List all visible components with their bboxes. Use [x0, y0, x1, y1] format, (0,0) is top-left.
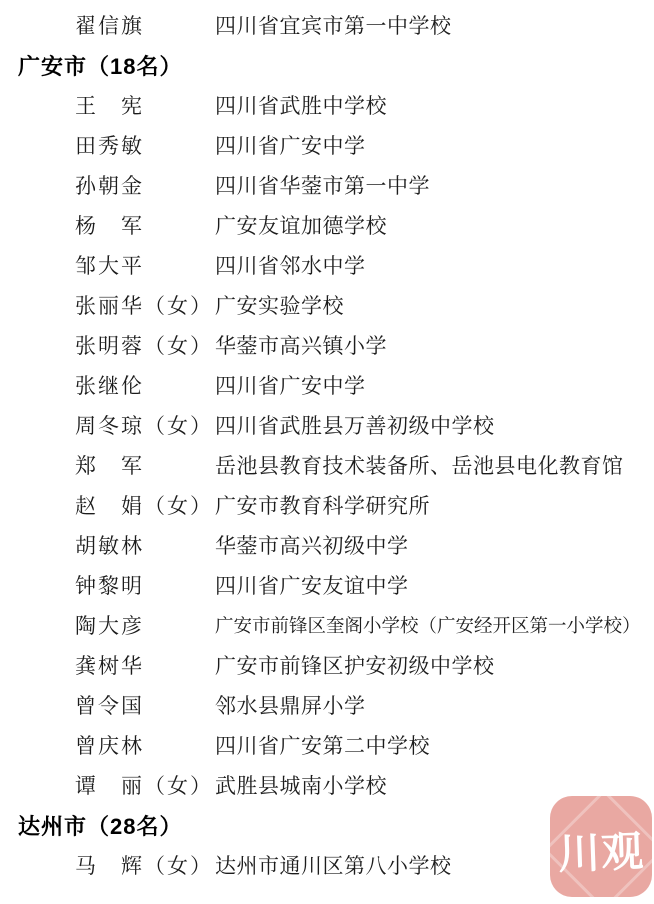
person-name: 谭 丽（女）: [75, 770, 215, 800]
school-name: 邻水县鼎屏小学: [215, 690, 366, 720]
person-name: 孙朝金: [75, 170, 215, 200]
table-row: 王 宪 四川省武胜中学校: [0, 85, 654, 125]
person-name: 曾令国: [75, 690, 215, 720]
school-name: 四川省广安第二中学校: [215, 730, 430, 760]
school-name: 四川省广安中学: [215, 370, 366, 400]
table-row: 张继伦 四川省广安中学: [0, 365, 654, 405]
table-row: 杨 军 广安友谊加德学校: [0, 205, 654, 245]
table-row: 孙朝金 四川省华蓥市第一中学: [0, 165, 654, 205]
school-name: 华蓥市高兴镇小学: [215, 330, 387, 360]
school-name: 广安友谊加德学校: [215, 210, 387, 240]
table-row: 胡敏林 华蓥市高兴初级中学: [0, 525, 654, 565]
section-header: 达州市（28名）: [18, 810, 182, 841]
logo-text: 川观: [557, 830, 644, 875]
school-name: 四川省华蓥市第一中学: [215, 170, 430, 200]
person-name: 张继伦: [75, 370, 215, 400]
table-row: 郑 军 岳池县教育技术装备所、岳池县电化教育馆: [0, 445, 654, 485]
section-header-row: 广安市（18名）: [0, 45, 654, 85]
person-name: 田秀敏: [75, 130, 215, 160]
section-header: 广安市（18名）: [18, 50, 182, 81]
school-name: 四川省宜宾市第一中学校: [215, 10, 452, 40]
person-name: 杨 军: [75, 210, 215, 240]
school-name: 华蓥市高兴初级中学: [215, 530, 409, 560]
table-row: 邹大平 四川省邻水中学: [0, 245, 654, 285]
table-row: 张明蓉（女） 华蓥市高兴镇小学: [0, 325, 654, 365]
school-name: 广安市前锋区奎阁小学校（广安经开区第一小学校）: [215, 612, 641, 638]
table-row: 翟信旗 四川省宜宾市第一中学校: [0, 5, 654, 45]
person-name: 张丽华（女）: [75, 290, 215, 320]
person-name: 翟信旗: [75, 10, 215, 40]
table-row: 赵 娟（女） 广安市教育科学研究所: [0, 485, 654, 525]
person-name: 王 宪: [75, 90, 215, 120]
table-row: 曾令国 邻水县鼎屏小学: [0, 685, 654, 725]
person-name: 胡敏林: [75, 530, 215, 560]
table-row: 龚树华 广安市前锋区护安初级中学校: [0, 645, 654, 685]
document-page: 翟信旗 四川省宜宾市第一中学校 广安市（18名） 王 宪 四川省武胜中学校 田秀…: [0, 0, 654, 904]
person-name: 张明蓉（女）: [75, 330, 215, 360]
table-row: 谭 丽（女） 武胜县城南小学校: [0, 765, 654, 805]
table-row: 田秀敏 四川省广安中学: [0, 125, 654, 165]
school-name: 四川省邻水中学: [215, 250, 366, 280]
school-name: 达州市通川区第八小学校: [215, 850, 452, 880]
table-row: 陶大彦 广安市前锋区奎阁小学校（广安经开区第一小学校）: [0, 605, 654, 645]
school-name: 四川省广安友谊中学: [215, 570, 409, 600]
chuanguan-watermark-logo: 川观: [550, 796, 652, 897]
name-school-list: 翟信旗 四川省宜宾市第一中学校 广安市（18名） 王 宪 四川省武胜中学校 田秀…: [0, 5, 654, 885]
school-name: 广安市教育科学研究所: [215, 490, 430, 520]
table-row: 钟黎明 四川省广安友谊中学: [0, 565, 654, 605]
person-name: 邹大平: [75, 250, 215, 280]
person-name: 周冬琼（女）: [75, 410, 215, 440]
table-row: 周冬琼（女） 四川省武胜县万善初级中学校: [0, 405, 654, 445]
school-name: 四川省武胜县万善初级中学校: [215, 410, 495, 440]
person-name: 郑 军: [75, 450, 215, 480]
person-name: 龚树华: [75, 650, 215, 680]
table-row: 张丽华（女） 广安实验学校: [0, 285, 654, 325]
school-name: 岳池县教育技术装备所、岳池县电化教育馆: [215, 450, 624, 480]
school-name: 广安实验学校: [215, 290, 344, 320]
person-name: 陶大彦: [75, 610, 215, 640]
school-name: 广安市前锋区护安初级中学校: [215, 650, 495, 680]
person-name: 赵 娟（女）: [75, 490, 215, 520]
person-name: 马 辉（女）: [75, 850, 215, 880]
school-name: 四川省广安中学: [215, 130, 366, 160]
school-name: 四川省武胜中学校: [215, 90, 387, 120]
person-name: 曾庆林: [75, 730, 215, 760]
person-name: 钟黎明: [75, 570, 215, 600]
school-name: 武胜县城南小学校: [215, 770, 387, 800]
table-row: 曾庆林 四川省广安第二中学校: [0, 725, 654, 765]
